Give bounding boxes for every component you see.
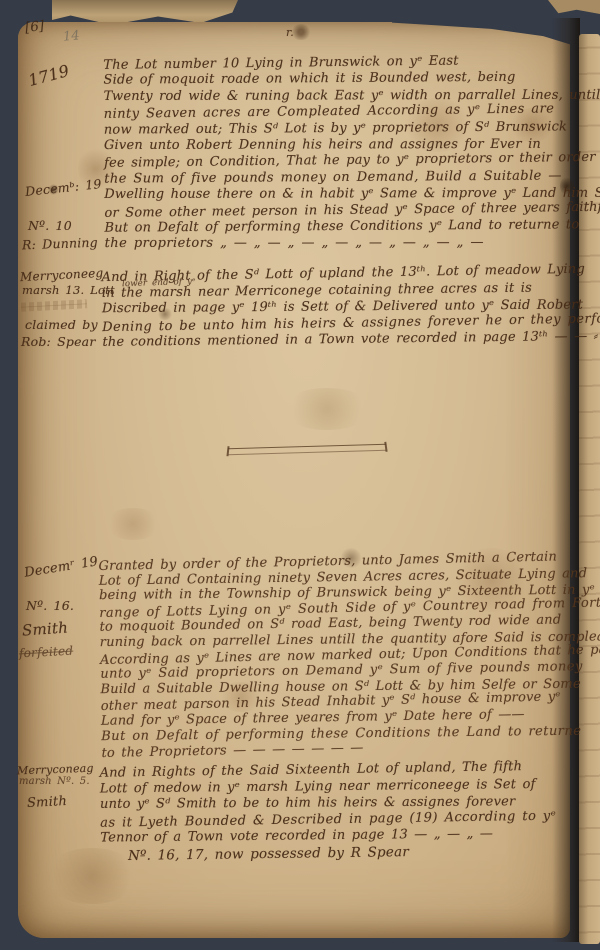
entry-body-text: And in Rights of the Said Sixteenth Lot …: [100, 760, 577, 848]
next-page-edge: [579, 34, 600, 944]
margin-lot-number: marsh Nº. 5.: [19, 776, 90, 787]
margin-grantee-name: Rob: Spear: [21, 334, 96, 349]
entry-body-text: Granted by order of the Proprietors, unt…: [98, 550, 577, 760]
torn-page-fragment: [548, 0, 600, 14]
manuscript-line: the proprietors „ — „ — „ — „ — „ — „ — …: [105, 235, 573, 253]
entry-body-text: And in Right of the Sᵈ Lott of upland th…: [102, 263, 575, 352]
folio-number-ink: [6]: [24, 18, 45, 36]
top-center-mark: r.: [286, 26, 294, 39]
margin-lot-number: Nº. 16.: [26, 598, 74, 613]
margin-grantee-name: Smith: [21, 618, 68, 639]
margin-place: Merryconeag: [17, 762, 94, 778]
folio-number-pencil: 14: [62, 28, 80, 44]
margin-claim-note: claimed by: [25, 317, 98, 332]
next-page-writing-hint: [579, 34, 600, 944]
entry-body-text: The Lot number 10 Lying in Brunswick on …: [103, 53, 572, 253]
margin-lot-number: Nº. 10: [28, 218, 72, 233]
margin-grantee-name: R: Dunning: [22, 235, 98, 253]
margin-grantee-name: Smith: [27, 794, 68, 811]
margin-forfeited-note: forfeited: [19, 644, 74, 661]
photograph-background: [6] 14 r. 1719 Decemᵇ: 19 Nº. 10 R: Dunn…: [0, 0, 600, 950]
